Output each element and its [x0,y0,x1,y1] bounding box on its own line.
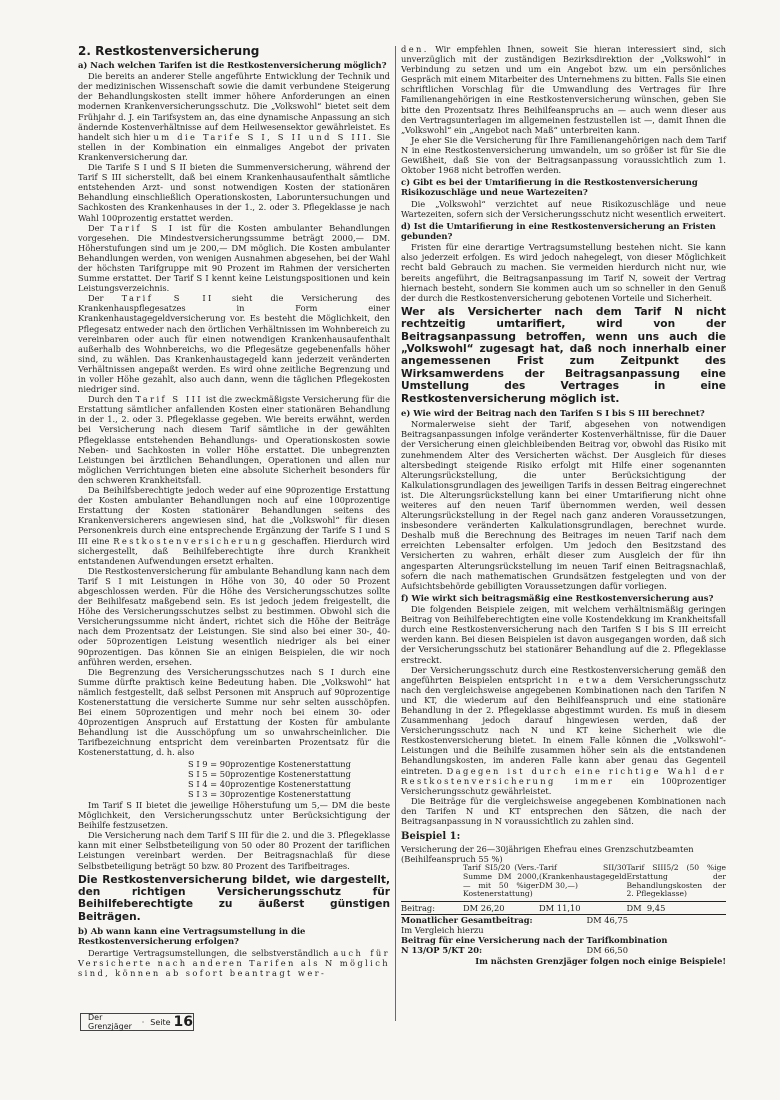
paragraph: Die Versicherung nach dem Tarif S III fü… [78,830,390,870]
paragraph: Die folgenden Beispiele zeigen, mit welc… [401,604,726,665]
total-value: DM 46,75 [586,915,628,925]
paragraph: Die bereits an anderer Stelle angeführte… [78,71,390,162]
paragraph: Je eher Sie die Versicherung für Ihre Fa… [401,135,726,175]
paragraph: Durch den Tarif S III ist die zweckmäßig… [78,394,390,485]
total-label: Monatlicher Gesamtbeitrag: [401,915,533,925]
paragraph: Der Tarif S I ist für die Kosten ambulan… [78,223,390,294]
paragraph: Der Versicherungsschutz durch eine Restk… [401,665,726,796]
question-c: c) Gibt es bei der Umtarifierung in die … [401,177,726,197]
compare-tarif: N 13/OP 5/KT 20: [401,945,482,955]
compare-row: N 13/OP 5/KT 20: DM 66,50 [401,945,726,955]
column-divider [395,46,396,1021]
paragraph: Derartige Vertragsumstellungen, die selb… [78,948,390,978]
tarif-column-head: Tarif SIII5/2 (50 %ige Erstattung der Be… [626,864,726,901]
tarif-list-item: S I 9 = 90prozentige Kostenerstattung [188,759,390,769]
question-d: d) Ist die Umtarifierung in eine Restkos… [401,221,726,241]
highlight-statement: Die Restkostenversicherung bildet, wie d… [78,874,390,924]
paragraph: Die Restkostenversicherung für ambulante… [78,566,390,667]
newspaper-page: 2. Restkostenversicherung a) Nach welche… [0,0,780,1100]
publication-name: Der Grenzjäger [88,1013,136,1031]
page-footer: Der Grenzjäger · Seite 16 [80,1013,194,1031]
tarif-list: S I 9 = 90prozentige Kostenerstattung S … [188,759,390,799]
left-column: 2. Restkostenversicherung a) Nach welche… [78,44,390,978]
question-b: b) Ab wann kann eine Vertragsumstellung … [78,926,390,946]
paragraph: Die „Volkswohl“ verzichtet auf neue Risi… [401,199,726,219]
paragraph: Fristen für eine derartige Vertragsumste… [401,242,726,303]
compare-label: Im Vergleich hierzu [401,925,726,935]
beitrag-value: DM 11,10 [539,901,626,914]
beitrag-label: Beitrag: [401,901,463,914]
page-number: 16 [174,1014,193,1030]
tarif-list-item: S I 5 = 50prozentige Kostenerstattung [188,769,390,779]
section-title: 2. Restkostenversicherung [78,44,390,58]
closing-note: Im nächsten Grenzjäger folgen noch einig… [401,956,726,966]
right-column: den. Wir empfehlen Ihnen, soweit Sie hie… [401,44,726,966]
highlight-statement: Wer als Versicherter nach dem Tarif N ni… [401,306,726,405]
example-intro: Versicherung der 26—30jährigen Ehefrau e… [401,844,726,864]
tarif-column-head: Tarif SII/30 (Krankenhaustagegeld DM 30,… [539,864,626,901]
tarif-list-item: S I 3 = 30prozentige Kostenerstattung [188,789,390,799]
page-label: Seite [150,1018,170,1027]
question-e: e) Wie wird der Beitrag nach den Tarifen… [401,408,726,418]
compare-text: Beitrag für eine Versicherung nach der T… [401,935,726,945]
total-row: Monatlicher Gesamtbeitrag: DM 46,75 [401,915,726,925]
question-f: f) Wie wirkt sich beitragsmäßig eine Res… [401,593,726,603]
tarif-list-item: S I 4 = 40prozentige Kostenerstattung [188,779,390,789]
question-a: a) Nach welchen Tarifen ist die Restkost… [78,60,390,70]
paragraph: Normalerweise sieht der Tarif, abgesehen… [401,419,726,591]
tarif-column-head: Tarif SI5/20 (Vers.-Summe DM 2000,— mit … [463,864,539,901]
example-table: Tarif SI5/20 (Vers.-Summe DM 2000,— mit … [401,864,726,914]
paragraph: Die Tarife S I und S II bieten die Summe… [78,162,390,223]
paragraph: Der Tarif S II sieht die Versicherung de… [78,293,390,394]
paragraph: Im Tarif S II bietet die jeweilige Höher… [78,800,390,830]
paragraph: Die Begrenzung des Versicherungsschutzes… [78,667,390,758]
beitrag-value: DM 9,45 [626,901,726,914]
compare-value: DM 66,50 [586,945,628,955]
paragraph: den. Wir empfehlen Ihnen, soweit Sie hie… [401,44,726,135]
separator: · [142,1018,145,1027]
paragraph: Die Beiträge für die vergleichsweise ang… [401,796,726,826]
paragraph: Da Beihilfsberechtigte jedoch weder auf … [78,485,390,566]
example-title: Beispiel 1: [401,832,726,842]
beitrag-value: DM 26,20 [463,901,539,914]
